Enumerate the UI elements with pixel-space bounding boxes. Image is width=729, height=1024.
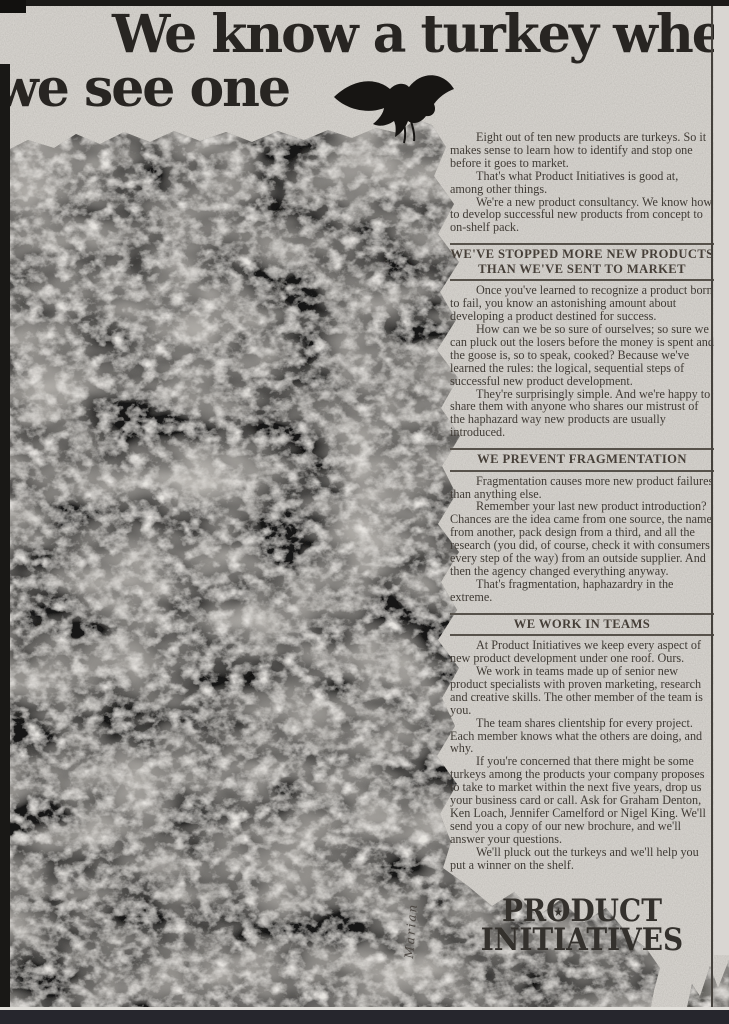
section-prevent-fragmentation: WE PREVENT FRAGMENTATION Fragmentation c… bbox=[450, 448, 714, 604]
section-paragraph: If you're concerned that there might be … bbox=[450, 755, 714, 845]
body-copy-column: Eight out of ten new products are turkey… bbox=[450, 131, 714, 872]
section-work-in-teams: WE WORK IN TEAMS At Product Initiatives … bbox=[450, 613, 714, 872]
intro-paragraph: Eight out of ten new products are turkey… bbox=[450, 131, 714, 170]
section-paragraph: The team shares clientship for every pro… bbox=[450, 717, 714, 756]
intro-block: Eight out of ten new products are turkey… bbox=[450, 131, 714, 234]
section-heading: WE'VE STOPPED MORE NEW PRODUCTS THAN WE'… bbox=[450, 243, 714, 281]
scan-left-border bbox=[0, 64, 10, 1024]
logo-line2: INITIATIVES bbox=[463, 926, 701, 955]
section-stopped-products: WE'VE STOPPED MORE NEW PRODUCTS THAN WE'… bbox=[450, 243, 714, 439]
scan-top-border bbox=[0, 0, 729, 6]
section-paragraph: How can we be so sure of ourselves; so s… bbox=[450, 323, 714, 388]
section-paragraph: Once you've learned to recognize a produ… bbox=[450, 284, 714, 323]
product-initiatives-logo: PRO★DUCT INITIATIVES bbox=[463, 896, 701, 955]
star-icon: ★ bbox=[553, 906, 563, 918]
advert-page: We know a turkey when we see one Marian … bbox=[0, 0, 729, 1024]
headline-line2: we see one bbox=[0, 58, 289, 119]
section-paragraph: We work in teams made up of senior new p… bbox=[450, 665, 714, 717]
section-paragraph: Remember your last new product introduct… bbox=[450, 500, 714, 577]
section-paragraph: They're surprisingly simple. And we're h… bbox=[450, 388, 714, 440]
headline-line1: We know a turkey when bbox=[112, 4, 729, 65]
section-heading: WE PREVENT FRAGMENTATION bbox=[450, 448, 714, 472]
scan-bottom-border bbox=[0, 1010, 729, 1024]
intro-paragraph: That's what Product Initiatives is good … bbox=[450, 170, 714, 196]
section-paragraph: That's fragmentation, haphazardry in the… bbox=[450, 578, 714, 604]
scan-corner-mark bbox=[0, 0, 26, 13]
logo-o-with-star: O★ bbox=[546, 896, 570, 926]
section-paragraph: At Product Initiatives we keep every asp… bbox=[450, 639, 714, 665]
section-paragraph: Fragmentation causes more new product fa… bbox=[450, 475, 714, 501]
scan-right-margin bbox=[714, 5, 729, 955]
section-paragraph: We'll pluck out the turkeys and we'll he… bbox=[450, 846, 714, 872]
intro-paragraph: We're a new product consultancy. We know… bbox=[450, 196, 714, 235]
page-right-rule bbox=[711, 5, 713, 1010]
section-heading: WE WORK IN TEAMS bbox=[450, 613, 714, 637]
